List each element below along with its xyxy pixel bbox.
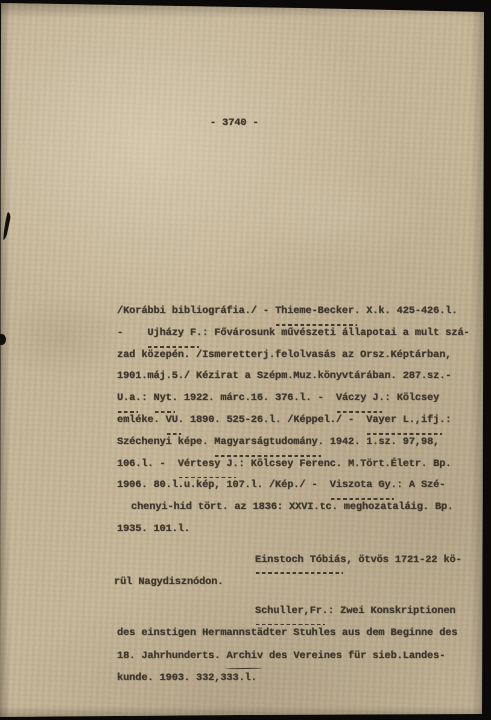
typed-text: 1922. márc.16. 376.l. - bbox=[178, 392, 336, 404]
typed-text: 1890. 525-26.l. /Képpel./ - bbox=[184, 414, 366, 426]
typed-line: kunde. 1903. 332,333.l. bbox=[117, 667, 457, 689]
typed-text: : Kölcsey bbox=[385, 392, 440, 404]
typed-text: - bbox=[117, 327, 147, 339]
typed-dashed-underline: U.a. bbox=[117, 388, 141, 410]
typed-text: kunde. 1903. 332,333.l. bbox=[117, 672, 257, 684]
typed-text: : Fővárosunk művészeti állapotai a mult … bbox=[202, 327, 469, 339]
typed-line: rül Nagydisznódon. bbox=[114, 571, 462, 593]
page-number: - 3740 - bbox=[210, 117, 259, 129]
typed-text: 1901.máj.5./ Kézirat a Szépm.Muz.könyvtá… bbox=[117, 370, 451, 382]
schuller-entry: Schuller,Fr.: Zwei Konskriptionendes ein… bbox=[117, 600, 457, 689]
typed-line: emléke. VU. 1890. 525-26.l. /Képpel./ - … bbox=[117, 410, 470, 432]
typed-line: - Ujházy F.: Fővárosunk művészeti állapo… bbox=[117, 323, 470, 345]
typed-text: des einstigen Hermannstädter Stuhles aus… bbox=[117, 627, 457, 639]
typed-text: 1942. 1.sz. 97,98, bbox=[324, 436, 440, 448]
typed-text: /Korábbi bibliográfia./ - bbox=[117, 305, 275, 317]
typed-dashed-underline: Ujházy F. bbox=[147, 323, 202, 345]
typed-line: /Korábbi bibliográfia./ - Thieme-Becker.… bbox=[117, 301, 470, 323]
typed-line: 1901.máj.5./ Kézirat a Szépm.Muz.könyvtá… bbox=[117, 366, 470, 388]
typed-text: emléke. bbox=[117, 414, 166, 426]
typed-line: zad közepén. /Ismeretterj.felolvasás az … bbox=[117, 345, 470, 367]
paper-edge-notch bbox=[0, 334, 6, 345]
typed-text: rül Nagydisznódon. bbox=[114, 576, 223, 588]
typed-line: U.a.: Nyt. 1922. márc.16. 376.l. - Váczy… bbox=[117, 388, 470, 410]
typed-line: chenyi-hid tört. az 1836: XXVI.tc. megho… bbox=[117, 497, 470, 519]
typed-dashed-underline: Váczy J. bbox=[336, 388, 385, 410]
typed-dashed-underline: Thieme-Becker. bbox=[275, 301, 360, 323]
paper-sheet: - 3740 - /Korábbi bibliográfia./ - Thiem… bbox=[0, 0, 491, 720]
pen-underline: Archiv bbox=[226, 645, 262, 667]
typed-line: des einstigen Hermannstädter Stuhles aus… bbox=[117, 622, 457, 644]
ink-stroke-mark bbox=[0, 208, 20, 248]
typed-text: 1906. 80.l.u.kép, 107.l. /Kép./ - bbox=[117, 479, 330, 491]
typed-line: 1906. 80.l.u.kép, 107.l. /Kép./ - Viszot… bbox=[117, 475, 470, 497]
typed-line: 1935. 101.l. bbox=[117, 519, 470, 541]
typed-dashed-underline: VU. bbox=[166, 410, 184, 432]
typed-line: Einstoch Tóbiás, ötvös 1721-22 kö- bbox=[114, 549, 462, 571]
typed-dashed-underline: Schuller,Fr. bbox=[255, 600, 328, 622]
typed-dashed-underline: Magyarságtudomány. bbox=[214, 432, 323, 454]
typed-line: Schuller,Fr.: Zwei Konskriptionen bbox=[117, 600, 457, 622]
typed-text: chenyi-hid tört. az 1836: XXVI.tc. megho… bbox=[131, 501, 453, 513]
typed-text: Széchenyi képe. bbox=[117, 436, 214, 448]
typed-text: : Kölcsey Ferenc. M.Tört.Életr. Bp. bbox=[239, 458, 452, 470]
typed-line: 106.l. - Vértesy J.: Kölcsey Ferenc. M.T… bbox=[117, 454, 470, 476]
typed-text: zad közepén. /Ismeretterj.felolvasás az … bbox=[117, 349, 451, 361]
typed-text: : A Szé- bbox=[397, 479, 446, 491]
typed-text: , ötvös 1721-22 kö- bbox=[346, 554, 462, 566]
bibliography-paragraph: /Korábbi bibliográfia./ - Thieme-Becker.… bbox=[117, 301, 470, 541]
typed-line: Széchenyi képe. Magyarságtudomány. 1942.… bbox=[117, 432, 470, 454]
typed-text: : Zwei Konskriptionen bbox=[328, 605, 456, 617]
typed-dashed-underline: Vértesy J. bbox=[178, 454, 239, 476]
typed-text: 1935. 101.l. bbox=[117, 523, 190, 535]
typed-text: : bbox=[141, 392, 153, 404]
typed-text: 18. Jahrhunderts. bbox=[117, 650, 226, 662]
typed-dashed-underline: Nyt. bbox=[154, 388, 178, 410]
typed-dashed-underline: Vayer L.,ifj. bbox=[366, 410, 445, 432]
typed-line: 18. Jahrhunderts. Archiv des Vereines fü… bbox=[117, 645, 457, 667]
scanned-document-page: - 3740 - /Korábbi bibliográfia./ - Thiem… bbox=[0, 0, 491, 720]
typed-text: des Vereines für sieb.Landes- bbox=[263, 650, 445, 662]
einstoch-entry: Einstoch Tóbiás, ötvös 1721-22 kö-rül Na… bbox=[114, 549, 462, 593]
typed-text: : bbox=[445, 414, 451, 426]
typed-dashed-underline: Einstoch Tóbiás bbox=[255, 549, 346, 571]
typed-text: 106.l. - bbox=[117, 458, 178, 470]
typed-dashed-underline: Viszota Gy. bbox=[330, 475, 397, 497]
typed-text: X.k. 425-426.l. bbox=[360, 305, 457, 317]
